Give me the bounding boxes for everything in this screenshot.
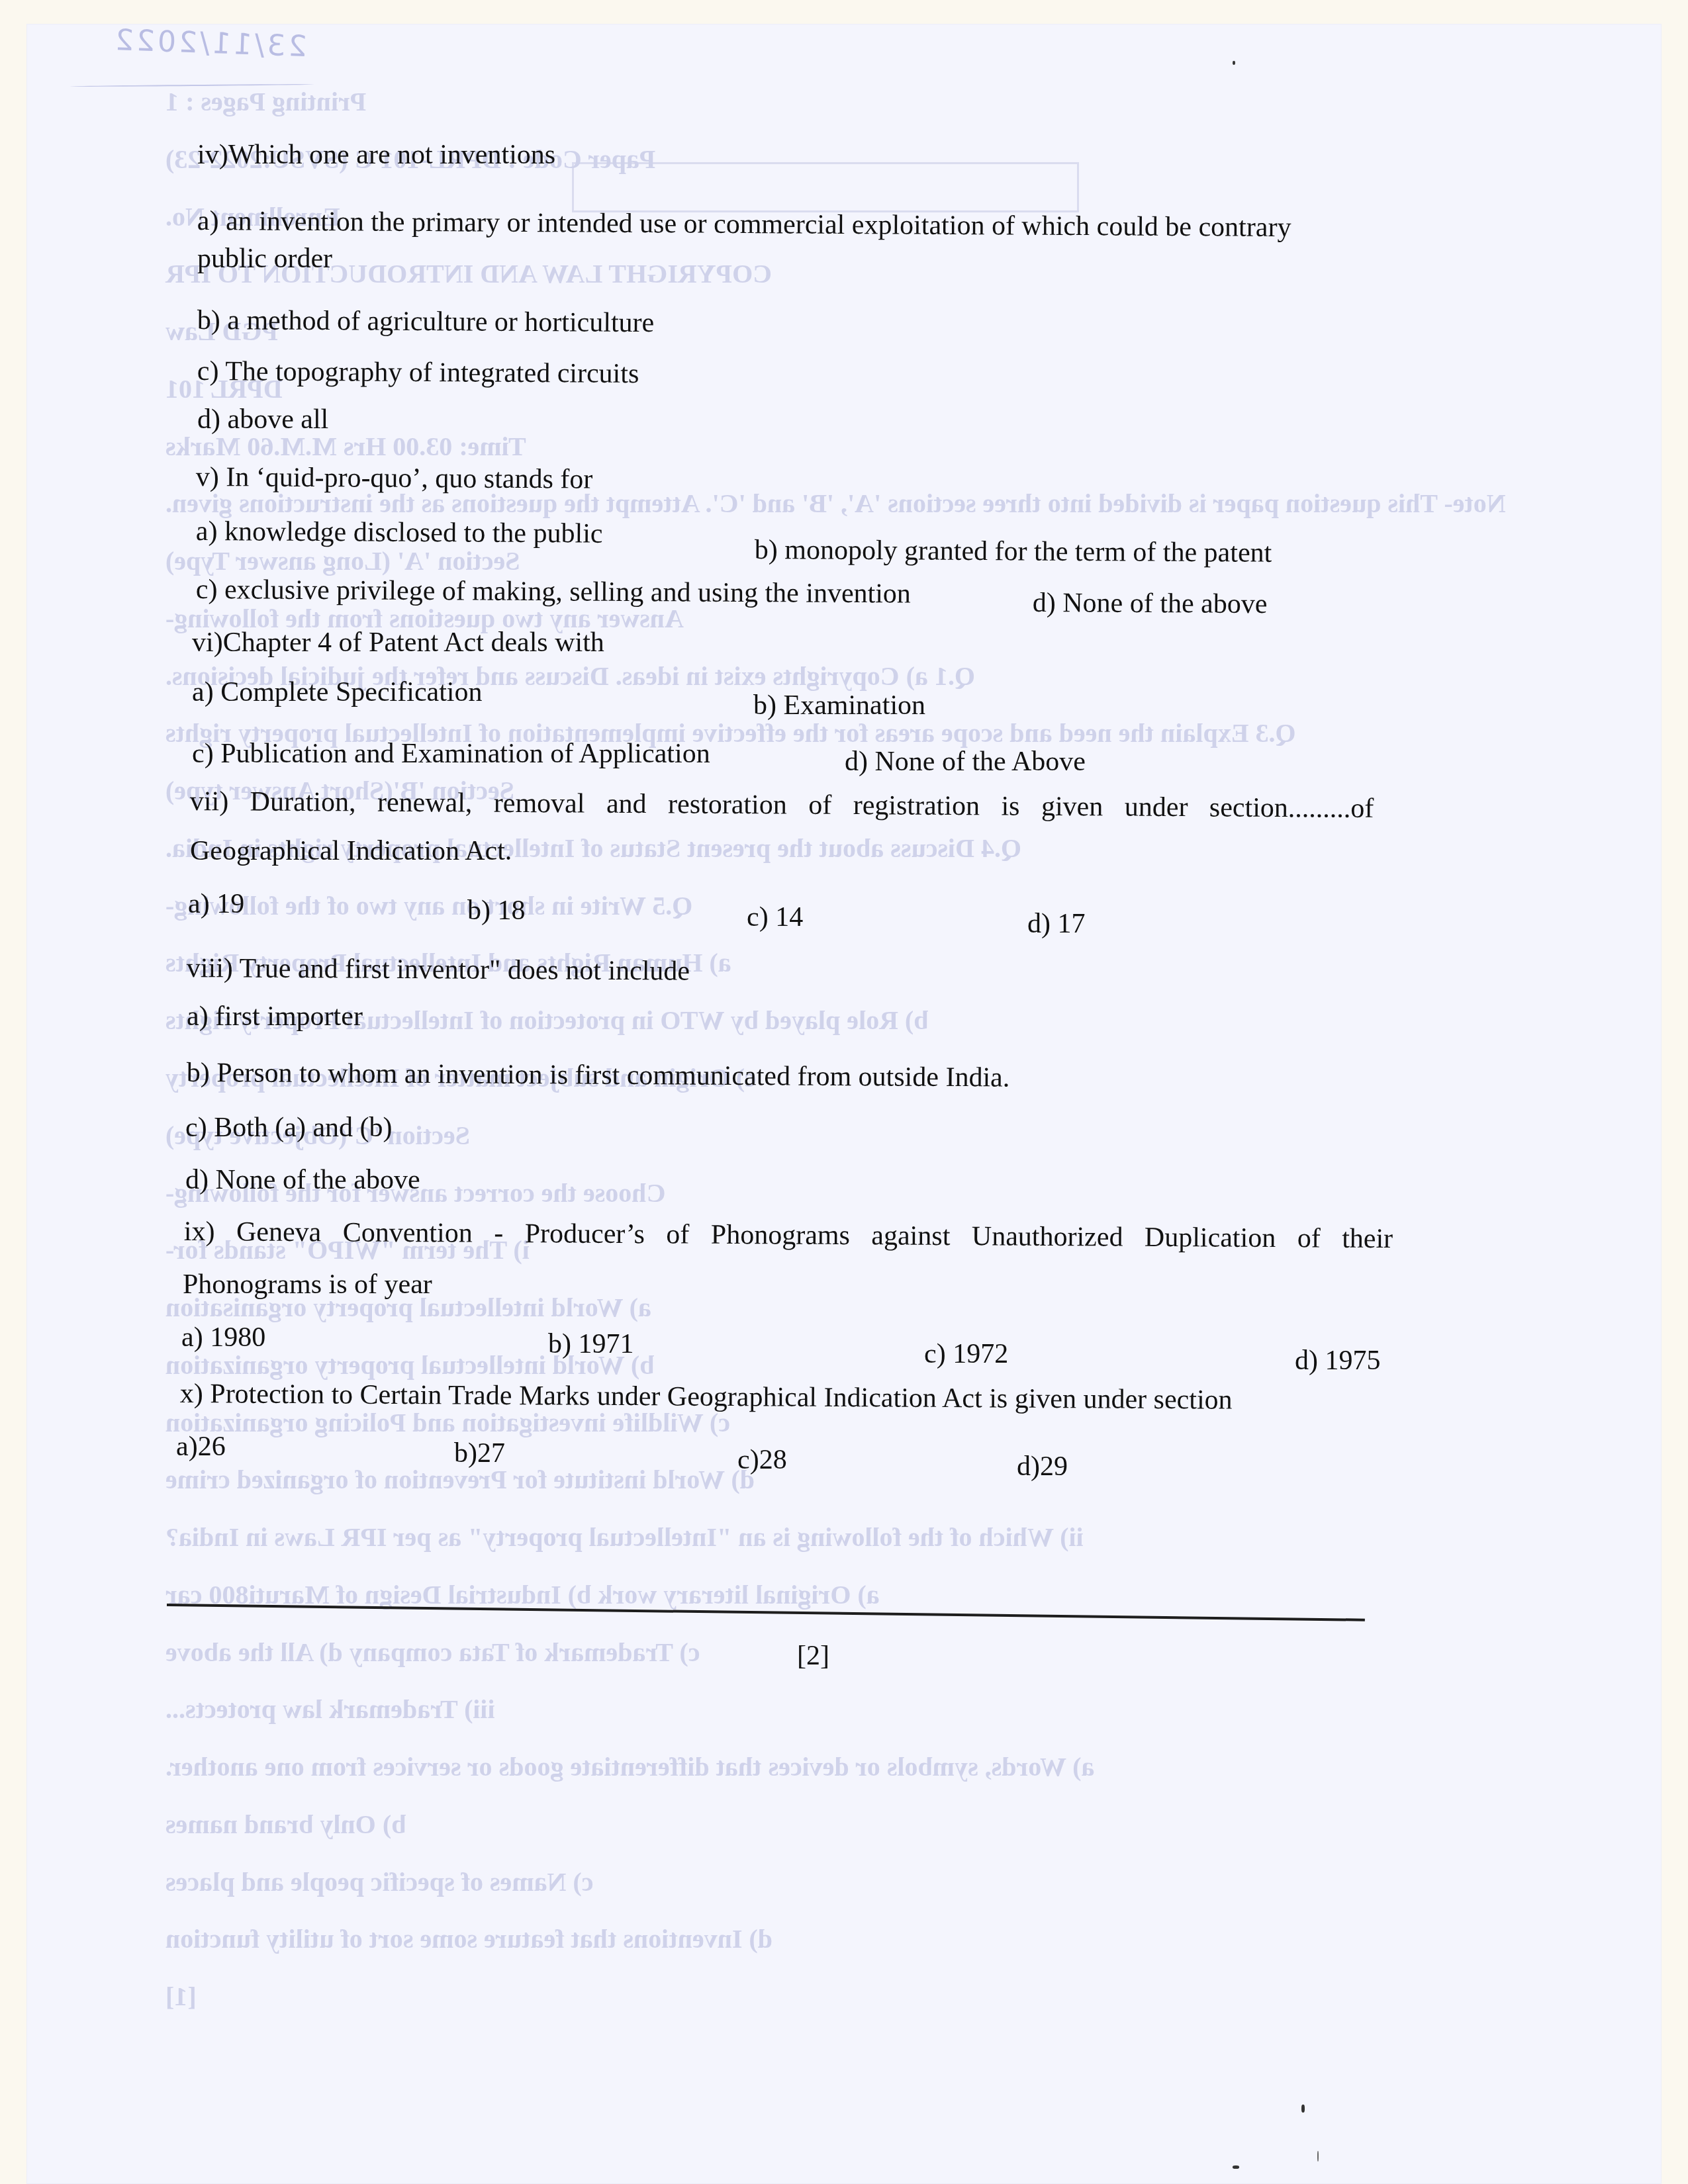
option-vii-b: b) 18 bbox=[467, 897, 526, 925]
option-vi-c: c) Publication and Examination of Applic… bbox=[192, 740, 710, 768]
question-v: v) In ‘quid-pro-quo’, quo stands for bbox=[196, 463, 593, 494]
option-vi-a: a) Complete Specification bbox=[192, 678, 483, 706]
question-x: x) Protection to Certain Trade Marks und… bbox=[180, 1380, 1233, 1414]
option-ix-c: c) 1972 bbox=[924, 1340, 1008, 1368]
option-v-a: a) knowledge disclosed to the public bbox=[196, 518, 603, 548]
option-iv-b: b) a method of agriculture or horticultu… bbox=[197, 306, 655, 337]
option-v-b: b) monopoly granted for the term of the … bbox=[755, 536, 1272, 567]
option-v-d: d) None of the above bbox=[1033, 589, 1268, 618]
option-x-d: d)29 bbox=[1017, 1453, 1068, 1480]
question-vii-cont: Geographical Indication Act. bbox=[190, 837, 512, 865]
option-ix-a: a) 1980 bbox=[181, 1324, 265, 1351]
scan-speck bbox=[1317, 2151, 1319, 2161]
question-viii: viii) True and first inventor" does not … bbox=[187, 954, 690, 985]
option-vii-d: d) 17 bbox=[1027, 910, 1086, 938]
option-vii-a: a) 19 bbox=[188, 890, 244, 918]
option-ix-b: b) 1971 bbox=[548, 1330, 634, 1358]
footer-divider bbox=[167, 1604, 1365, 1621]
option-viii-d: d) None of the above bbox=[185, 1166, 420, 1194]
option-ix-d: d) 1975 bbox=[1295, 1347, 1381, 1375]
option-x-b: b)27 bbox=[454, 1439, 505, 1467]
option-viii-a: a) first importer bbox=[187, 1003, 363, 1030]
option-iv-a: a) an invention the primary or intended … bbox=[197, 207, 1291, 242]
scan-speck bbox=[1301, 2105, 1305, 2113]
question-ix-cont: Phonograms is of year bbox=[183, 1271, 432, 1298]
scan-speck bbox=[1233, 2165, 1239, 2169]
option-vi-b: b) Examination bbox=[753, 692, 925, 719]
scan-speck bbox=[1233, 61, 1235, 65]
question-vi: vi)Chapter 4 of Patent Act deals with bbox=[192, 629, 604, 657]
question-page: iv)Which one are not inventions a) an in… bbox=[0, 0, 1688, 2184]
option-vi-d: d) None of the Above bbox=[845, 748, 1086, 776]
option-x-c: c)28 bbox=[737, 1446, 787, 1474]
option-viii-c: c) Both (a) and (b) bbox=[185, 1114, 393, 1142]
question-iv: iv)Which one are not inventions bbox=[197, 141, 555, 169]
option-x-a: a)26 bbox=[176, 1433, 226, 1461]
option-vii-c: c) 14 bbox=[747, 903, 803, 931]
option-viii-b: b) Person to whom an invention is first … bbox=[187, 1059, 1010, 1092]
option-iv-d: d) above all bbox=[197, 406, 328, 433]
question-vii: vii) Duration, renewal, removal and rest… bbox=[190, 788, 1374, 823]
page-number: [2] bbox=[797, 1640, 829, 1672]
question-ix: ix) Geneva Convention - Producer’s of Ph… bbox=[184, 1218, 1393, 1253]
option-iv-c: c) The topography of integrated circuits bbox=[197, 357, 639, 388]
option-iv-a-cont: public order bbox=[197, 245, 332, 273]
option-v-c: c) exclusive privilege of making, sellin… bbox=[196, 576, 911, 608]
